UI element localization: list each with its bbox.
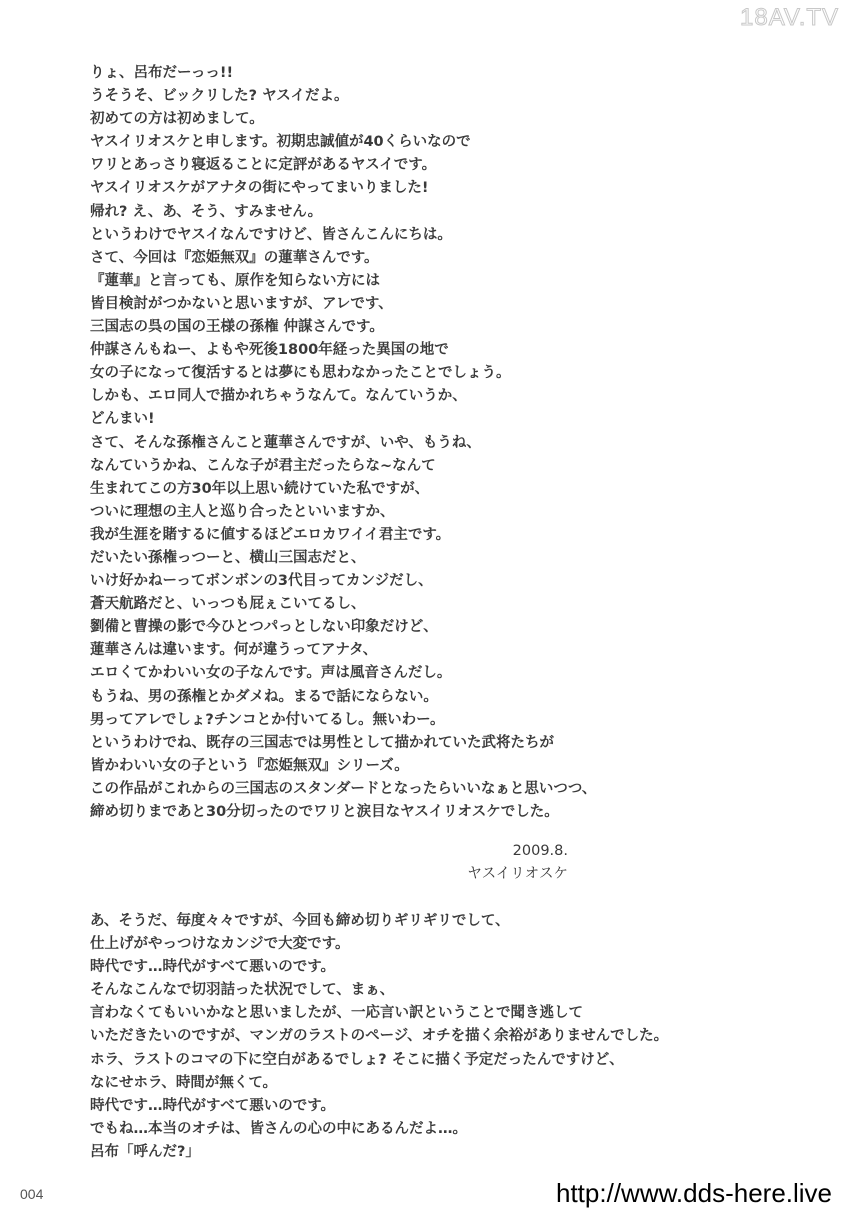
text-line: しかも、エロ同人で描かれちゃうなんて。なんていうか、	[90, 385, 596, 408]
text-line: 男ってアレでしょ?チンコとか付いてるし。無いわー。	[90, 709, 596, 732]
site-url-link[interactable]: http://www.dds-here.live	[556, 1178, 832, 1209]
text-line: 劉備と曹操の影で今ひとつパっとしない印象だけど、	[90, 616, 596, 639]
signature-date: 2009.8.	[467, 840, 568, 863]
text-line: だいたい孫権っつーと、横山三国志だと、	[90, 547, 596, 570]
text-line: 言わなくてもいいかなと思いましたが、一応言い訳ということで聞き逃して	[90, 1002, 668, 1025]
text-line: なんていうかね、こんな子が君主だったらな~なんて	[90, 455, 596, 478]
text-line: 蒼天航路だと、いっつも屁ぇこいてるし、	[90, 593, 596, 616]
text-line: 締め切りまであと30分切ったのでワリと涙目なヤスイリオスケでした。	[90, 801, 596, 824]
text-line: いただきたいのですが、マンガのラストのページ、オチを描く余裕がありませんでした。	[90, 1025, 668, 1048]
text-line: というわけでヤスイなんですけど、皆さんこんにちは。	[90, 224, 596, 247]
signature-author: ヤスイリオスケ	[467, 863, 568, 886]
text-line: というわけでね、既存の三国志では男性として描かれていた武将たちが	[90, 732, 596, 755]
text-line: ホラ、ラストのコマの下に空白があるでしょ? そこに描く予定だったんですけど、	[90, 1049, 668, 1072]
text-line: もうね、男の孫権とかダメね。まるで話にならない。	[90, 686, 596, 709]
text-line: この作品がこれからの三国志のスタンダードとなったらいいなぁと思いつつ、	[90, 778, 596, 801]
text-line: さて、そんな孫権さんこと蓮華さんですが、いや、もうね、	[90, 432, 596, 455]
text-line: 初めての方は初めまして。	[90, 108, 596, 131]
text-line: ワリとあっさり寝返ることに定評があるヤスイです。	[90, 154, 596, 177]
watermark-logo: 18AV.TV	[740, 4, 839, 32]
text-line: ヤスイリオスケと申します。初期忠誠値が40くらいなので	[90, 131, 596, 154]
text-line: 仕上げがやっつけなカンジで大変です。	[90, 933, 668, 956]
text-line: さて、今回は『恋姫無双』の蓮華さんです。	[90, 247, 596, 270]
text-line: エロくてかわいい女の子なんです。声は風音さんだし。	[90, 662, 596, 685]
text-line: 帰れ? え、あ、そう、すみません。	[90, 201, 596, 224]
text-line: ついに理想の主人と巡り合ったといいますか、	[90, 501, 596, 524]
signature: 2009.8. ヤスイリオスケ	[467, 840, 568, 886]
text-line: 女の子になって復活するとは夢にも思わなかったことでしょう。	[90, 362, 596, 385]
text-line: 皆かわいい女の子という『恋姫無双』シリーズ。	[90, 755, 596, 778]
text-line: でもね…本当のオチは、皆さんの心の中にあるんだよ…。	[90, 1118, 668, 1141]
text-line: 蓮華さんは違います。何が違うってアナタ、	[90, 639, 596, 662]
text-line: 時代です…時代がすべて悪いのです。	[90, 956, 668, 979]
afterword-postscript-text: あ、そうだ、毎度々々ですが、今回も締め切りギリギリでして、仕上げがやっつけなカン…	[90, 910, 668, 1164]
text-line: 我が生涯を賭するに値するほどエロカワイイ君主です。	[90, 524, 596, 547]
text-line: ヤスイリオスケがアナタの街にやってまいりました!	[90, 177, 596, 200]
text-line: いけ好かねーってボンボンの3代目ってカンジだし、	[90, 570, 596, 593]
text-line: どんまい!	[90, 408, 596, 431]
text-line: なにせホラ、時間が無くて。	[90, 1072, 668, 1095]
text-line: そんなこんなで切羽詰った状況でして、まぁ、	[90, 979, 668, 1002]
page-number: 004	[20, 1186, 43, 1202]
text-line: 『蓮華』と言っても、原作を知らない方には	[90, 270, 596, 293]
text-line: 時代です…時代がすべて悪いのです。	[90, 1095, 668, 1118]
text-line: 呂布「呼んだ?」	[90, 1141, 668, 1164]
text-line: 生まれてこの方30年以上思い続けていた私ですが、	[90, 478, 596, 501]
text-line: 仲謀さんもねー、よもや死後1800年経った異国の地で	[90, 339, 596, 362]
text-line: りょ、呂布だーっっ!!	[90, 62, 596, 85]
text-line: 皆目検討がつかないと思いますが、アレです、	[90, 293, 596, 316]
text-line: 三国志の呉の国の王様の孫権 仲謀さんです。	[90, 316, 596, 339]
text-line: あ、そうだ、毎度々々ですが、今回も締め切りギリギリでして、	[90, 910, 668, 933]
afterword-main-text: りょ、呂布だーっっ!!うそうそ、ビックリした? ヤスイだよ。初めての方は初めまし…	[90, 62, 596, 824]
text-line: うそうそ、ビックリした? ヤスイだよ。	[90, 85, 596, 108]
